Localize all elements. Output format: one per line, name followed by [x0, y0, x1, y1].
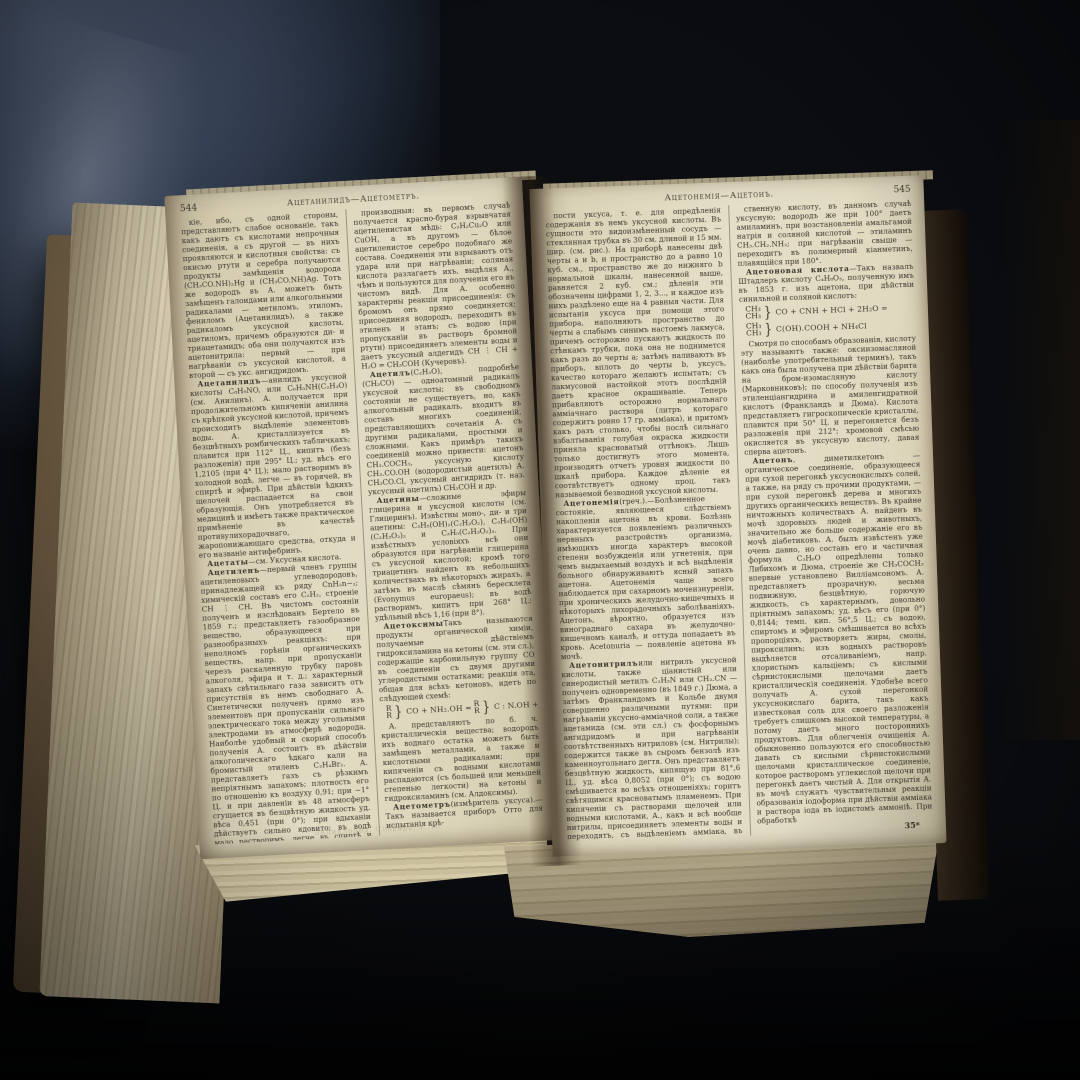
entry-acetanilid: Ацетанилидъ—анилидъ уксусной кислоты C₈H…: [189, 372, 356, 560]
entry-text: ственную кислоту, въ данномъ случаѣ уксу…: [736, 199, 913, 268]
formula-brace: }: [764, 324, 772, 333]
entry-text: или нитрилъ уксусной кислоты, также ціан…: [561, 655, 742, 842]
formula-part: R: [386, 712, 392, 720]
background-right-shadow: [1000, 120, 1080, 740]
entry-continuation: кіе, ибо, съ одной стороны, представляют…: [181, 210, 347, 380]
right-page: Ацетонемія—Ацетонъ. 545 пости уксуса, т.…: [529, 175, 946, 856]
entry-acetoximy-continued: А. представляютъ по б. ч. кристаллическі…: [381, 714, 543, 803]
entry-acetylen: Ацетиленъ—первый членъ группы ацетиленов…: [200, 560, 372, 844]
formula-radical-stack: RR: [473, 700, 480, 715]
entry-acetonovaya-kislota: Ацетоновая кислота—Такъ назвалъ Штадлеръ…: [738, 262, 915, 304]
entry-acetonitril-continued: ственную кислоту, въ данномъ случаѣ уксу…: [736, 199, 914, 268]
formula-part: C : N.OH + H₂O: [494, 699, 544, 711]
left-page: 544 Ацетанилидъ—Ацетометръ. кіе, ибо, съ…: [164, 177, 557, 859]
left-page-columns: кіе, ибо, съ одной стороны, представляют…: [181, 200, 544, 844]
entry-acetoximy: АцетоксимыТакъ называются продукты орган…: [375, 614, 537, 703]
left-col-1: кіе, ибо, съ одной стороны, представляют…: [181, 210, 372, 845]
formula-radical-stack: CH₃CH₃: [746, 322, 762, 337]
photo-of-open-book: 544 Ацетанилидъ—Ацетометръ. кіе, ибо, съ…: [0, 0, 1080, 1080]
entry-acetonovaya-continued: Смотря по способамъ образованія, кислоту…: [740, 333, 919, 456]
formula-part: C(OH).COOH + NH₄Cl: [776, 321, 867, 333]
formula-radical-stack: RR: [386, 705, 393, 720]
right-col-2: ственную кислоту, въ данномъ случаѣ уксу…: [728, 199, 933, 836]
left-page-number: 544: [180, 203, 198, 214]
entry-text: (греч.).—Болѣзненное состояніе, являющее…: [556, 494, 736, 661]
left-col-2: производныя: въ первомъ случаѣ получаетс…: [345, 200, 544, 835]
formula-brace: }: [764, 308, 772, 317]
formula-part: R: [474, 707, 480, 715]
right-page-content: Ацетонемія—Ацетонъ. 545 пости уксуса, т.…: [529, 175, 946, 856]
right-page-number: 545: [893, 185, 911, 196]
formula-part: CH₃: [745, 312, 761, 320]
entry-text: —анилидъ уксусной кислоты C₈H₉NO, или C₆…: [190, 372, 356, 560]
entry-text: , диметилкетонъ — органическое соединені…: [745, 450, 933, 825]
printers-signature-mark: 35*: [904, 820, 920, 831]
right-col-1: пости уксуса, т. е. для опредѣленія соде…: [545, 205, 742, 842]
formula-radical-stack: CH₃CH₃: [745, 305, 761, 320]
formula-brace: }: [482, 702, 490, 711]
formula-part: CO + NH₂.OH =: [406, 703, 472, 716]
entry-aceton: Ацетонъ, диметилкетонъ — органическое со…: [744, 450, 932, 825]
entry-acetyl: Ацетилъ(C₂H₃O), подробнѣе (CH₃CO) — одно…: [362, 362, 526, 496]
entry-text: Смотря по способамъ образованія, кислоту…: [741, 333, 920, 456]
entry-text: производныя: въ первомъ случаѣ получаетс…: [353, 200, 518, 370]
entry-text: кіе, ибо, съ одной стороны, представляют…: [181, 210, 346, 380]
left-page-content: 544 Ацетанилидъ—Ацетометръ. кіе, ибо, съ…: [164, 177, 557, 859]
entry-acetiny: Ацетины—сложные эфиры глицерина и уксусн…: [368, 488, 532, 622]
formula-part: CO + CNH + HCl + 2H₂O =: [775, 304, 887, 317]
entry-text: А. представляютъ по б. ч. кристаллическі…: [381, 714, 542, 803]
entry-acetonemia: Ацетонемія(греч.).—Болѣзненное состояніе…: [555, 493, 736, 661]
right-page-columns: пости уксуса, т. е. для опредѣленія соде…: [545, 199, 933, 842]
formula-part: CH₃: [746, 329, 762, 337]
entry-text: пости уксуса, т. е. для опредѣленія соде…: [546, 205, 731, 499]
formula-brace: }: [394, 707, 402, 716]
entry-text: —сложные эфиры глицерина и уксусной кисл…: [369, 488, 532, 622]
entry-acetometr-continued: пости уксуса, т. е. для опредѣленія соде…: [545, 205, 730, 499]
entry-acetonitril: Ацетонитрилъили нитрилъ уксусной кислоты…: [561, 655, 743, 842]
entry-text: (C₂H₃O), подробнѣе (CH₃CO) — одноатомный…: [362, 362, 525, 496]
entry-text: —первый членъ группы ацетиленовыхъ углев…: [200, 560, 372, 844]
entry-acetylen-continued: производныя: въ первомъ случаѣ получаетс…: [353, 200, 519, 370]
